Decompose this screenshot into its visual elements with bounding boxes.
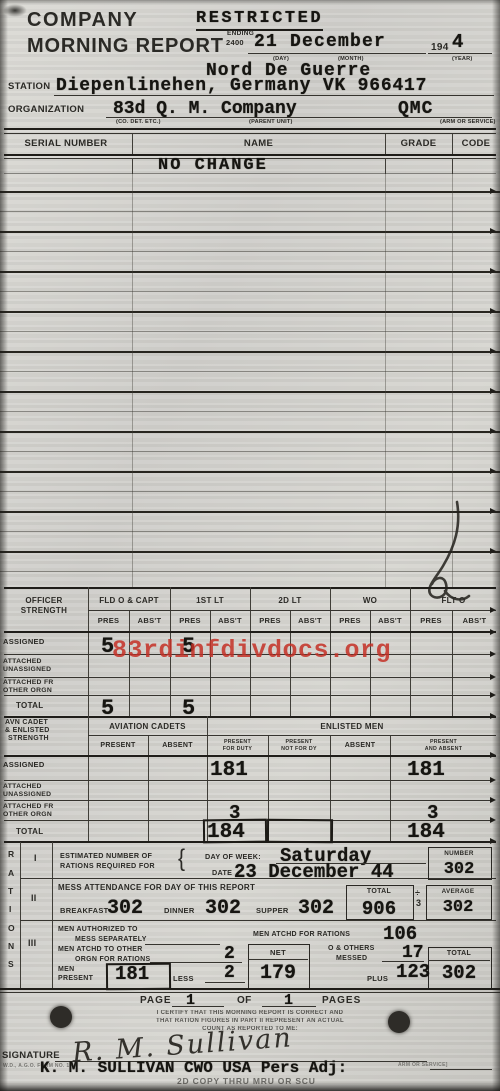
- net-value: 179: [248, 962, 308, 985]
- supper-value: 302: [298, 897, 334, 920]
- rule: [88, 610, 496, 611]
- station-label: STATION: [8, 81, 50, 92]
- rule-arrow: [490, 607, 496, 613]
- mess-total-label: TOTAL: [346, 888, 412, 895]
- rule-arrow: [490, 713, 496, 719]
- rule: [248, 959, 308, 960]
- date-underline: [248, 53, 426, 54]
- rule-arrow: [490, 428, 496, 434]
- enlisted-row-label: ASSIGNED: [3, 760, 45, 769]
- atchd-for-rations-label: MEN ATCHD FOR RATIONS: [253, 931, 350, 938]
- roster-col-code: CODE: [452, 138, 500, 149]
- rations-rail-letter: N: [8, 941, 14, 951]
- officer-sub-pres: PRES: [410, 616, 452, 625]
- men-present-value: 181: [115, 963, 149, 985]
- rations-rail-letter: R: [8, 849, 14, 859]
- dinner-value: 302: [205, 897, 241, 920]
- rule: [4, 128, 496, 130]
- enlisted-group-cadets: AVIATION CADETS: [88, 722, 207, 731]
- rule-arrow: [490, 838, 496, 844]
- enlisted-assigned-pfd: 181: [210, 759, 248, 782]
- rule-arrow: [490, 797, 496, 803]
- classification-stamp: RESTRICTED: [196, 9, 323, 31]
- rule-arrow: [490, 692, 496, 698]
- parent-unit-caption: (PARENT UNIT): [249, 119, 293, 125]
- net-label: NET: [248, 948, 308, 957]
- enlisted-table-title-line2: & ENLISTED: [5, 727, 50, 734]
- rule: [4, 677, 492, 678]
- others-value: 17: [402, 943, 424, 963]
- enlisted-sub-pnfd-2: NOT FOR DY: [268, 746, 330, 752]
- enlisted-sub-pnfd-1: PRESENT: [268, 739, 330, 745]
- officer-sub-abst: ABS'T: [290, 616, 330, 625]
- rations-estimated-line2: RATIONS REQUIRED FOR: [60, 861, 155, 870]
- officer-group-1st-lt: 1ST LT: [170, 596, 250, 605]
- divide-sign: ÷: [415, 888, 420, 898]
- enlisted-assigned-pa: 181: [407, 759, 445, 782]
- watermark-text: 83rdinfdivdocs.org: [112, 636, 391, 665]
- pages-label: PAGES: [322, 995, 361, 1006]
- rule-arrow: [490, 348, 496, 354]
- year-caption: (YEAR): [452, 56, 472, 62]
- atchd-other-line2: ORGN FOR RATIONS: [75, 956, 150, 963]
- number-value: 302: [428, 860, 490, 879]
- hand-drawn-box: [267, 819, 333, 843]
- organization-value: 83d Q. M. Company: [113, 99, 297, 119]
- officer-total-fldcapt-pres: 5: [101, 696, 114, 721]
- report-date-value: 21 December: [254, 32, 386, 52]
- rations-total-label: TOTAL: [428, 950, 490, 957]
- column-divider: [385, 158, 386, 174]
- rule: [4, 133, 496, 134]
- officer-row-label: UNASSIGNED: [3, 666, 51, 673]
- officer-sub-pres: PRES: [330, 616, 370, 625]
- enlisted-row-label: TOTAL: [16, 827, 43, 836]
- roster-col-serial: SERIAL NUMBER: [0, 138, 132, 149]
- certify-line1: I CERTIFY THAT THIS MORNING REPORT IS CO…: [0, 1010, 500, 1016]
- routing-note: 2D COPY THRU MRU OR SCU: [177, 1076, 316, 1086]
- officer-sub-pres: PRES: [170, 616, 210, 625]
- grade-arm-note: ARM OR SERVICE]: [398, 1062, 448, 1068]
- day-of-week-label: DAY OF WEEK:: [205, 852, 261, 861]
- others-line1: O & OTHERS: [328, 945, 375, 952]
- atchd-for-rations-value: 106: [383, 923, 417, 945]
- column-divider: [132, 158, 133, 174]
- rule-arrow: [490, 468, 496, 474]
- rule-arrow: [490, 817, 496, 823]
- enlisted-row-label: ATTACHED FR: [3, 803, 54, 810]
- enlisted-sub-pa-1: PRESENT: [390, 739, 497, 745]
- officer-group-2d-lt: 2D LT: [250, 596, 330, 605]
- rule: [0, 992, 500, 993]
- officer-table-title-line1: OFFICER: [0, 596, 88, 605]
- divide-by: 3: [416, 898, 421, 908]
- rule-arrow: [490, 777, 496, 783]
- rations-rail-letter: O: [8, 923, 15, 933]
- rations-total-value: 302: [428, 962, 490, 984]
- rations-part3-num: III: [28, 938, 36, 948]
- signature-typed-name: K. M. SULLIVAN CWO USA Pers Adj:: [40, 1059, 347, 1077]
- number-label: NUMBER: [428, 850, 490, 857]
- pen-mark: [405, 488, 495, 608]
- column-divider: [452, 610, 453, 717]
- men-line2: PRESENT: [58, 975, 93, 982]
- rule-arrow: [490, 268, 496, 274]
- ending-time: 2400: [226, 38, 244, 47]
- officer-table-title-line2: STRENGTH: [0, 606, 88, 615]
- scan-blemish: [3, 4, 27, 17]
- others-line2: MESSED: [336, 955, 367, 962]
- officer-sub-abst: ABS'T: [452, 616, 497, 625]
- rule: [4, 755, 496, 757]
- less-value: 2: [224, 963, 235, 983]
- enlisted-group-enlisted: ENLISTED MEN: [207, 722, 497, 731]
- rations-rail-divider: [52, 842, 53, 989]
- atchd-other-line1: MEN ATCHD TO OTHER: [58, 946, 143, 953]
- enlisted-row-label: OTHER ORGN: [3, 811, 52, 818]
- rations-date-value: 23 December 44: [234, 861, 394, 883]
- brace-glyph: {: [178, 845, 185, 873]
- authorized-line1: MEN AUTHORIZED TO: [58, 926, 138, 933]
- rule: [4, 695, 492, 696]
- hand-drawn-box: [203, 819, 267, 844]
- column-divider: [452, 158, 453, 174]
- mess-attendance-header: MESS ATTENDANCE FOR DAY OF THIS REPORT: [58, 883, 255, 892]
- organization-label: ORGANIZATION: [8, 104, 84, 115]
- enlisted-table-title-line1: AVN CADET: [5, 719, 48, 726]
- enlisted-sub-absent2: ABSENT: [330, 742, 390, 749]
- form-title-line2: MORNING REPORT: [27, 35, 224, 58]
- page-label: PAGE: [140, 995, 172, 1006]
- date-label: DATE: [212, 868, 232, 877]
- men-line1: MEN: [58, 966, 74, 973]
- supper-label: SUPPER: [256, 906, 289, 915]
- rule-arrow: [490, 651, 496, 657]
- enlisted-table-title-line3: STRENGTH: [8, 735, 49, 742]
- rule: [4, 716, 496, 718]
- scan-edge-top: [0, 0, 500, 4]
- officer-row-label: TOTAL: [16, 701, 43, 710]
- rule: [205, 982, 245, 983]
- year-typed-value: 4: [452, 31, 463, 53]
- enlisted-sub-pfd-1: PRESENT: [207, 739, 268, 745]
- rule: [4, 800, 492, 801]
- column-divider: [148, 735, 149, 842]
- dinner-label: DINNER: [164, 906, 195, 915]
- station-value: Diepenlinehen, Germany VK 966417: [56, 76, 427, 96]
- roster-col-grade: GRADE: [385, 138, 452, 149]
- rule: [4, 631, 496, 633]
- breakfast-value: 302: [107, 897, 143, 920]
- enlisted-row-label: UNASSIGNED: [3, 791, 51, 798]
- rule: [428, 960, 490, 961]
- enlisted-sub-present: PRESENT: [88, 742, 148, 749]
- rations-rail-divider: [20, 842, 21, 989]
- average-value: 302: [426, 898, 490, 917]
- rule: [172, 1006, 224, 1007]
- rations-rail-letter: S: [8, 959, 14, 969]
- breakfast-label: BREAKFAST: [60, 906, 109, 915]
- morning-report-document: RESTRICTED COMPANY MORNING REPORT ENDING…: [0, 0, 500, 1091]
- less-label: LESS: [173, 974, 194, 983]
- rule-arrow: [490, 188, 496, 194]
- rule: [0, 988, 500, 990]
- plus-value: 123: [396, 961, 430, 983]
- rule: [88, 735, 496, 736]
- station-underline: [54, 95, 494, 96]
- enlisted-row-label: ATTACHED: [3, 783, 42, 790]
- co-det-caption: (CO. DET. ETC.): [116, 119, 161, 125]
- plus-label: PLUS: [367, 974, 388, 983]
- rule: [430, 1069, 492, 1070]
- roster-col-name: NAME: [132, 138, 385, 149]
- rule-arrow: [490, 629, 496, 635]
- officer-group-wo: WO: [330, 596, 410, 605]
- officer-row-label: OTHER ORGN: [3, 687, 52, 694]
- rations-rail-letter: I: [9, 904, 12, 914]
- officer-row-label: ASSIGNED: [3, 637, 45, 646]
- year-printed: 194: [431, 42, 449, 53]
- organization-underline: [106, 117, 492, 118]
- rule: [262, 1006, 316, 1007]
- rations-part2-num: II: [31, 893, 37, 903]
- column-divider: [88, 587, 89, 717]
- officer-row-label: ATTACHED: [3, 658, 42, 665]
- rule-arrow: [490, 388, 496, 394]
- atchd-other-value: 2: [224, 944, 235, 964]
- year-underline: [428, 53, 492, 54]
- mess-total-value: 906: [346, 898, 412, 920]
- officer-total-1stlt-pres: 5: [182, 696, 195, 721]
- rations-rail-letter: T: [8, 886, 14, 896]
- officer-group-fld-capt: FLD O & CAPT: [88, 596, 170, 605]
- rule-arrow: [490, 674, 496, 680]
- enlisted-sub-absent: ABSENT: [148, 742, 207, 749]
- ending-label: ENDING: [227, 30, 254, 37]
- enlisted-sub-pa-2: AND ABSENT: [390, 746, 497, 752]
- rations-rail-letter: A: [8, 868, 14, 878]
- punch-hole: [50, 1006, 72, 1028]
- enlisted-sub-pfd-2: FOR DUTY: [207, 746, 268, 752]
- average-label: AVERAGE: [426, 888, 490, 895]
- officer-sub-abst: ABS'T: [210, 616, 250, 625]
- enlisted-total-pa: 184: [407, 821, 445, 844]
- rule-arrow: [490, 752, 496, 758]
- rule-arrow: [490, 308, 496, 314]
- officer-group-flt-o: FLT O: [410, 596, 497, 605]
- officer-sub-abst: ABS'T: [129, 616, 170, 625]
- column-divider: [132, 174, 133, 587]
- rule: [20, 920, 496, 921]
- officer-sub-abst: ABS'T: [370, 616, 410, 625]
- officer-sub-pres: PRES: [250, 616, 290, 625]
- column-divider: [385, 174, 386, 587]
- rule: [145, 944, 220, 945]
- rations-part1-num: I: [34, 853, 37, 863]
- punch-hole: [388, 1011, 410, 1033]
- rations-estimated-line1: ESTIMATED NUMBER OF: [60, 851, 152, 860]
- arm-service-caption: (ARM OR SERVICE): [440, 119, 496, 125]
- column-divider: [410, 587, 411, 717]
- form-title-line1: COMPANY: [27, 9, 138, 32]
- arm-service-value: QMC: [398, 99, 433, 119]
- rule-arrow: [490, 228, 496, 234]
- certify-line2: THAT RATION FIGURES IN PART II REPRESENT…: [0, 1018, 500, 1024]
- of-label: OF: [237, 995, 252, 1006]
- officer-row-label: ATTACHED FR: [3, 679, 54, 686]
- officer-sub-pres: PRES: [88, 616, 129, 625]
- authorized-line2: MESS SEPARATELY: [75, 936, 147, 943]
